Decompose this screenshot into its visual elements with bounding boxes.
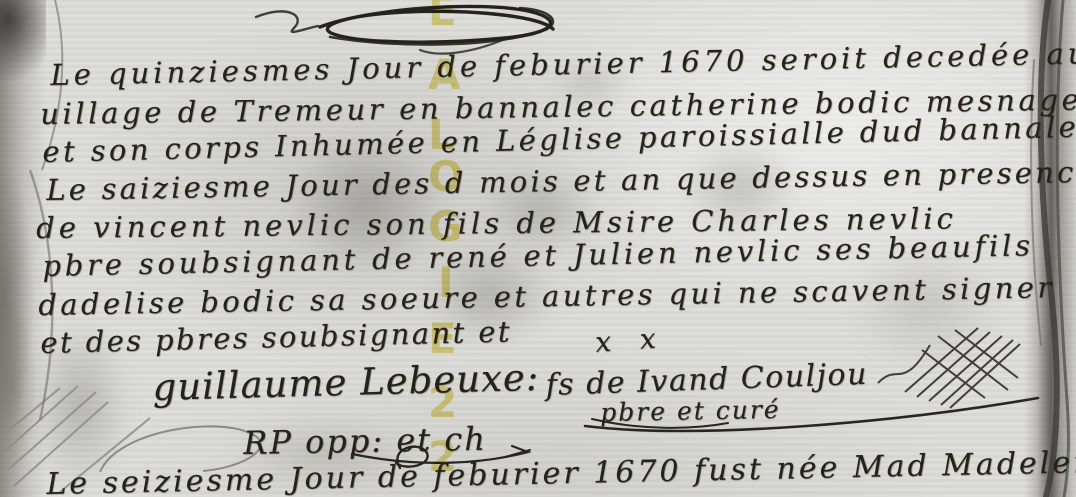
watermark-letter: I	[438, 258, 454, 307]
watermark-letter: 2	[428, 378, 457, 427]
watermark-letter: A	[428, 50, 461, 99]
couljou-paraph-crosshatch	[878, 328, 1020, 408]
watermark-letter: E	[428, 0, 457, 35]
watermark-letter: O	[428, 152, 464, 201]
signature-guillaume-lebeux: guillaume Lebeuxe:	[152, 356, 540, 409]
watermark-genealogie: E A L O G I E 2 2	[426, 0, 472, 497]
left-page-edge	[0, 0, 46, 497]
handwriting-line-1: Le quinziesmes Jour de feburier 1670 ser…	[50, 36, 1076, 92]
scanned-register-page: Le quinziesmes Jour de feburier 1670 ser…	[0, 0, 1076, 497]
signature-title-pbre-cure: pbre et curé	[600, 395, 781, 427]
watermark-letter: E	[428, 314, 457, 363]
watermark-letter: 2	[428, 432, 457, 481]
watermark-letter: G	[428, 202, 462, 251]
witness-cross-marks: x x	[594, 321, 667, 359]
next-act-partial-line: Le seiziesme Jour de feburier 1670 fust …	[46, 444, 1076, 497]
top-ink-flourish	[256, 6, 553, 53]
